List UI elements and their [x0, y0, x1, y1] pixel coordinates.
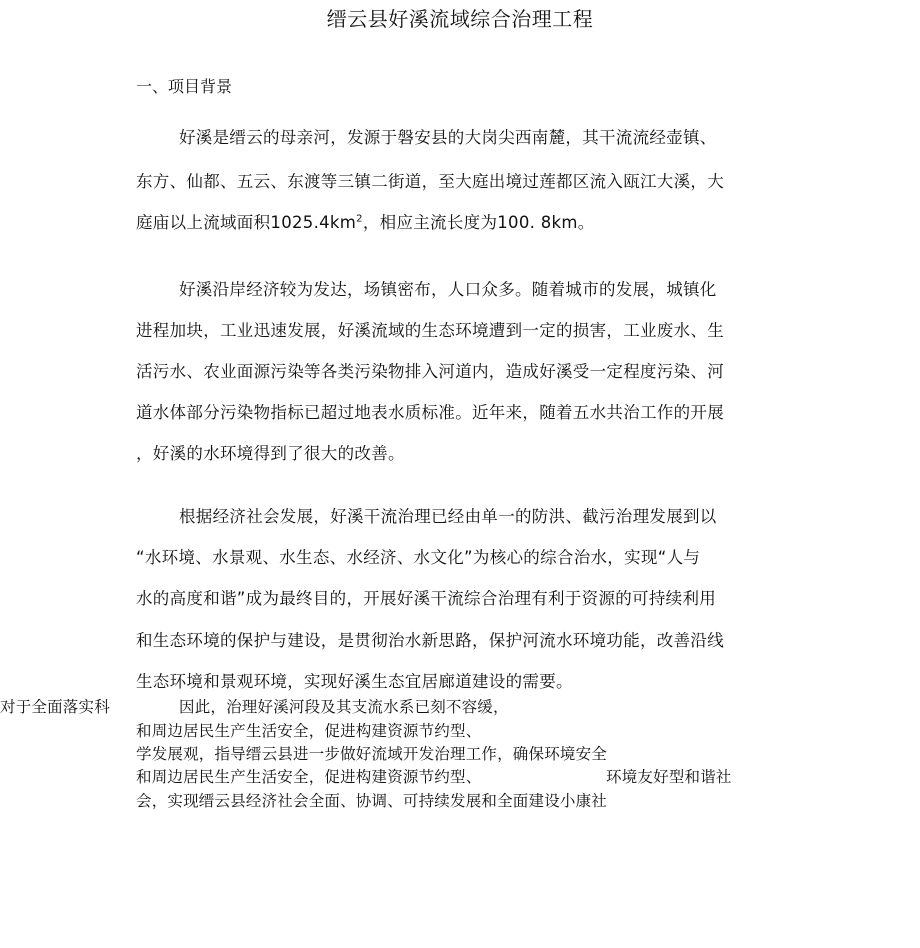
- paragraph-line: 生态环境和景观环境，实现好溪生态宜居廊道建设的需要。: [136, 668, 573, 692]
- paragraph-line: 会，实现缙云县经济社会全面、协调、可持续发展和全面建设小康社: [136, 789, 607, 811]
- superscript: 2: [356, 214, 363, 225]
- paragraph-line: 好溪是缙云的母亲河，发源于磐安县的大岗尖西南麓，其干流流经壶镇、: [179, 124, 717, 148]
- section-heading: 一、项目背景: [136, 74, 232, 97]
- paragraph-line: ，好溪的水环境得到了很大的改善。: [136, 440, 405, 464]
- text-segment: 庭庙以上流域面积1025.4km: [136, 213, 356, 232]
- paragraph-line: 东方、仙都、五云、东渡等三镇二街道，至大庭出境过莲都区流入瓯江大溪，大: [136, 168, 724, 192]
- paragraph-line: 进程加块，工业迅速发展，好溪流域的生态环境遭到一定的损害，工业废水、生: [136, 317, 724, 341]
- margin-text: 对于全面落实科: [0, 695, 110, 717]
- paragraph-line: 环境友好型和谐社: [606, 765, 732, 787]
- paragraph-line: 和周边居民生产生活安全，促进构建资源节约型、: [136, 765, 481, 787]
- paragraph-line: “水环境、水景观、水生态、水经济、水文化”为核心的综合治水，实现“人与: [136, 544, 700, 568]
- paragraph-line: 因此，治理好溪河段及其支流水系已刻不容缓，: [179, 695, 509, 717]
- text-segment: ，相应主流长度为100. 8km。: [363, 213, 595, 232]
- paragraph-line: 根据经济社会发展，好溪干流治理已经由单一的防洪、截污治理发展到以: [179, 503, 717, 527]
- paragraph-line: 庭庙以上流域面积1025.4km2，相应主流长度为100. 8km。: [136, 209, 595, 233]
- paragraph-line: 和周边居民生产生活安全，促进构建资源节约型、: [136, 719, 481, 741]
- paragraph-line: 道水体部分污染物指标已超过地表水质标准。近年来，随着五水共治工作的开展: [136, 399, 724, 423]
- paragraph-line: 水的高度和谐”成为最终目的，开展好溪干流综合治理有利于资源的可持续利用: [136, 585, 716, 609]
- document-title: 缙云县好溪流域综合治理工程: [0, 3, 920, 32]
- paragraph-line: 活污水、农业面源污染等各类污染物排入河道内，造成好溪受一定程度污染、河: [136, 358, 724, 382]
- paragraph-line: 学发展观，指导缙云县进一步做好流域开发治理工作，确保环境安全: [136, 742, 607, 764]
- paragraph-line: 和生态环境的保护与建设，是贯彻治水新思路，保护河流水环境功能，改善沿线: [136, 627, 724, 651]
- paragraph-line: 好溪沿岸经济较为发达，场镇密布，人口众多。随着城市的发展，城镇化: [179, 276, 717, 300]
